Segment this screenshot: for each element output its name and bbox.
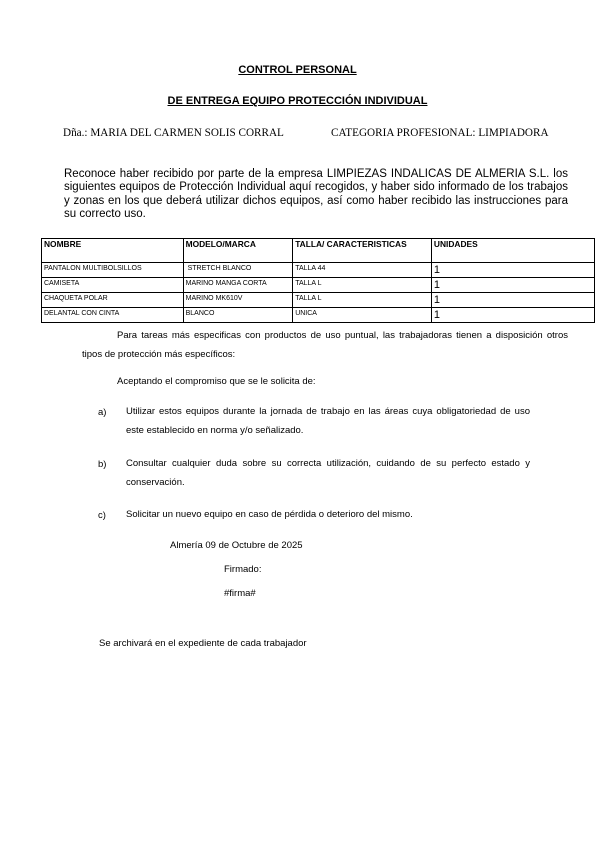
table-row: CHAQUETA POLAR MARINO MK610V TALLA L 1 xyxy=(42,293,595,308)
document-title: CONTROL PERSONAL xyxy=(0,64,595,76)
table-row: DELANTAL CON CINTA BLANCO UNICA 1 xyxy=(42,308,595,323)
document-subtitle: DE ENTREGA EQUIPO PROTECCIÓN INDIVIDUAL xyxy=(0,95,595,107)
header-nombre: NOMBRE xyxy=(42,239,184,263)
cell-modelo: BLANCO xyxy=(183,308,293,323)
cell-modelo: STRETCH BLANCO xyxy=(183,263,293,278)
header-talla: TALLA/ CARACTERISTICAS xyxy=(293,239,432,263)
commitment-letter-b: b) xyxy=(98,459,106,470)
professional-category: CATEGORIA PROFESIONAL: LIMPIADORA xyxy=(331,127,549,139)
commitment-intro: Aceptando el compromiso que se le solici… xyxy=(117,376,316,387)
cell-talla: UNICA xyxy=(293,308,432,323)
cell-modelo: MARINO MK610V xyxy=(183,293,293,308)
cell-talla: TALLA L xyxy=(293,293,432,308)
cell-modelo: MARINO MANGA CORTA xyxy=(183,278,293,293)
commitment-letter-c: c) xyxy=(98,510,106,521)
table-row: CAMISETA MARINO MANGA CORTA TALLA L 1 xyxy=(42,278,595,293)
place-date: Almería 09 de Octubre de 2025 xyxy=(170,540,303,551)
cell-nombre: DELANTAL CON CINTA xyxy=(42,308,184,323)
table-row: PANTALON MULTIBOLSILLOS STRETCH BLANCO T… xyxy=(42,263,595,278)
worker-name: Dña.: MARIA DEL CARMEN SOLIS CORRAL xyxy=(63,127,284,139)
table-header-row: NOMBRE MODELO/MARCA TALLA/ CARACTERISTIC… xyxy=(42,239,595,263)
cell-talla: TALLA L xyxy=(293,278,432,293)
commitment-text-c: Solicitar un nuevo equipo en caso de pér… xyxy=(126,505,530,524)
archive-note: Se archivará en el expediente de cada tr… xyxy=(99,638,307,649)
cell-unidades: 1 xyxy=(431,263,594,278)
ppe-table: NOMBRE MODELO/MARCA TALLA/ CARACTERISTIC… xyxy=(41,238,595,323)
specific-protection-paragraph: Para tareas más especificas con producto… xyxy=(82,326,568,364)
header-unidades: UNIDADES xyxy=(431,239,594,263)
commitment-text-a: Utilizar estos equipos durante la jornad… xyxy=(126,402,530,440)
cell-talla: TALLA 44 xyxy=(293,263,432,278)
cell-unidades: 1 xyxy=(431,278,594,293)
header-modelo: MODELO/MARCA xyxy=(183,239,293,263)
signed-label: Firmado: xyxy=(224,564,261,575)
signature-placeholder: #firma# xyxy=(224,588,256,599)
commitment-letter-a: a) xyxy=(98,407,106,418)
cell-nombre: CAMISETA xyxy=(42,278,184,293)
intro-paragraph: Reconoce haber recibido por parte de la … xyxy=(64,168,568,222)
commitment-text-b: Consultar cualquier duda sobre su correc… xyxy=(126,454,530,492)
cell-nombre: PANTALON MULTIBOLSILLOS xyxy=(42,263,184,278)
cell-nombre: CHAQUETA POLAR xyxy=(42,293,184,308)
cell-unidades: 1 xyxy=(431,293,594,308)
cell-unidades: 1 xyxy=(431,308,594,323)
